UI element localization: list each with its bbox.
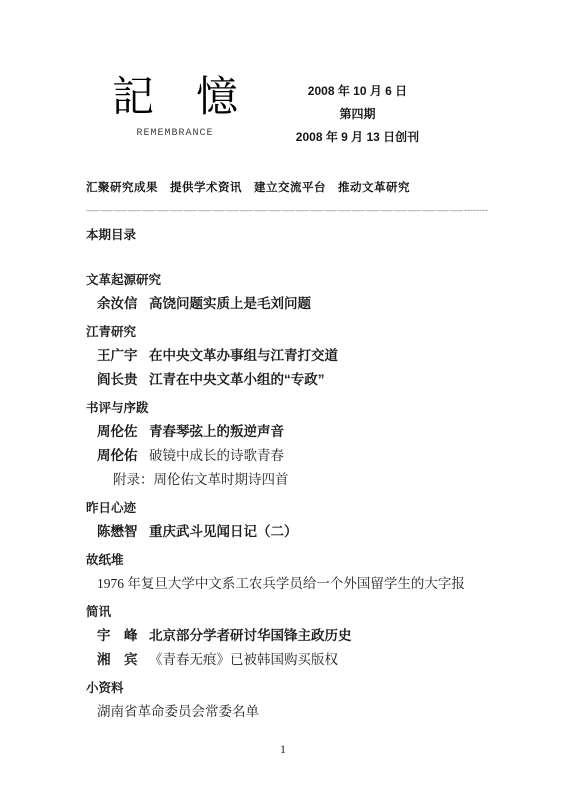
toc-section: 书评与序跋 xyxy=(86,396,536,420)
entry-title: 重庆武斗见闻日记（二） xyxy=(149,524,298,539)
toc-entry-appendix: 附录：周伦佑文革时期诗四首 xyxy=(86,468,536,492)
separator-tail: -------- xyxy=(464,205,488,215)
entry-author: 余汝信 xyxy=(97,292,138,316)
toc-section: 简讯 xyxy=(86,600,536,624)
entry-title: 北京部分学者研讨华国锋主政历史 xyxy=(149,628,352,643)
entry-title: 《青春无痕》已被韩国购买版权 xyxy=(149,652,338,667)
issue-info-block: 2008 年 10 月 6 日 第四期 2008 年 9 月 13 日创刊 xyxy=(280,80,435,149)
founding-date: 2008 年 9 月 13 日创刊 xyxy=(280,126,435,149)
entry-title: 在中央文革办事组与江青打交道 xyxy=(149,348,338,363)
journal-title: 記 憶 xyxy=(95,78,255,118)
toc-entry-plain: 1976 年复旦大学中文系工农兵学员给一个外国留学生的大字报 xyxy=(86,572,536,596)
toc-entry: 宇 峰北京部分学者研讨华国锋主政历史 xyxy=(86,624,536,648)
separator-rule: ———————————————————————————-------- xyxy=(86,203,488,218)
toc-list: 文革起源研究 余汝信高饶问题实质上是毛刘问题 江青研究 王广宇在中央文革办事组与… xyxy=(86,264,536,724)
toc-entry: 湘 宾《青春无痕》已被韩国购买版权 xyxy=(86,648,536,672)
entry-author: 宇 峰 xyxy=(97,624,138,648)
entry-author: 王广宇 xyxy=(97,344,138,368)
toc-entry: 王广宇在中央文革办事组与江青打交道 xyxy=(86,344,536,368)
toc-section: 文革起源研究 xyxy=(86,268,536,292)
journal-subtitle: REMEMBRANCE xyxy=(95,129,255,139)
entry-author: 陈懋智 xyxy=(97,520,138,544)
entry-author: 湘 宾 xyxy=(97,648,138,672)
toc-section: 小资料 xyxy=(86,676,536,700)
toc-section: 江青研究 xyxy=(86,320,536,344)
journal-title-block: 記 憶 REMEMBRANCE xyxy=(95,78,255,139)
issue-number: 第四期 xyxy=(280,103,435,126)
page-number: 1 xyxy=(0,742,566,757)
entry-title: 高饶问题实质上是毛刘问题 xyxy=(149,296,311,311)
toc-entry: 阎长贵江青在中央文革小组的“专政” xyxy=(86,368,536,392)
toc-section: 故纸堆 xyxy=(86,548,536,572)
toc-entry: 陈懋智重庆武斗见闻日记（二） xyxy=(86,520,536,544)
document-page: 記 憶 REMEMBRANCE 2008 年 10 月 6 日 第四期 2008… xyxy=(0,0,566,800)
toc-entry-plain: 湖南省革命委员会常委名单 xyxy=(86,700,536,724)
entry-author: 周伦佐 xyxy=(97,420,138,444)
entry-title: 江青在中央文革小组的“专政” xyxy=(149,372,325,387)
toc-entry: 余汝信高饶问题实质上是毛刘问题 xyxy=(86,292,536,316)
toc-title: 本期目录 xyxy=(86,225,136,243)
separator-dashes: ——————————————————————————— xyxy=(86,202,464,217)
toc-entry: 周伦佐青春琴弦上的叛逆声音 xyxy=(86,420,536,444)
entry-author: 阎长贵 xyxy=(97,368,138,392)
slogan-line: 汇聚研究成果 提供学术资讯 建立交流平台 推动文革研究 xyxy=(86,179,410,195)
entry-title: 破镜中成长的诗歌青春 xyxy=(149,448,284,463)
issue-date: 2008 年 10 月 6 日 xyxy=(280,80,435,103)
toc-entry: 周伦佑破镜中成长的诗歌青春 xyxy=(86,444,536,468)
entry-author: 周伦佑 xyxy=(97,444,138,468)
entry-title: 青春琴弦上的叛逆声音 xyxy=(149,424,284,439)
toc-section: 昨日心迹 xyxy=(86,496,536,520)
